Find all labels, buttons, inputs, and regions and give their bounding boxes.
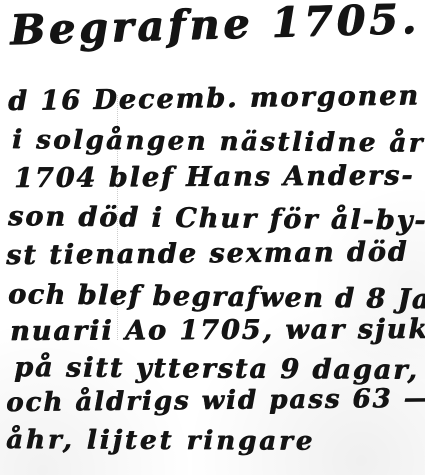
manuscript-line: son död i Chur för ål-by-	[8, 201, 425, 236]
manuscript-line: och blef begrafwen d 8 Ja-	[8, 279, 425, 315]
manuscript-line: 1704 blef Hans Anders-	[14, 160, 415, 194]
manuscript-line: på sitt yttersta 9 dagar,	[14, 352, 419, 386]
manuscript-line: st tienande sexman död	[6, 236, 409, 271]
page-title: Begrafne 1705.	[9, 0, 420, 54]
manuscript-line: åhr, lijtet ringare	[6, 425, 315, 457]
manuscript-line: d 16 Decemb. morgonen	[8, 80, 420, 117]
manuscript-line: i solgången nästlidne året	[12, 125, 425, 159]
manuscript-scan: Begrafne 1705. d 16 Decemb. morgonen i s…	[0, 0, 425, 475]
manuscript-line: och åldrigs wid pass 63 —	[6, 384, 425, 418]
manuscript-line: nuarii Ao 1705, war sjuk	[10, 314, 425, 347]
